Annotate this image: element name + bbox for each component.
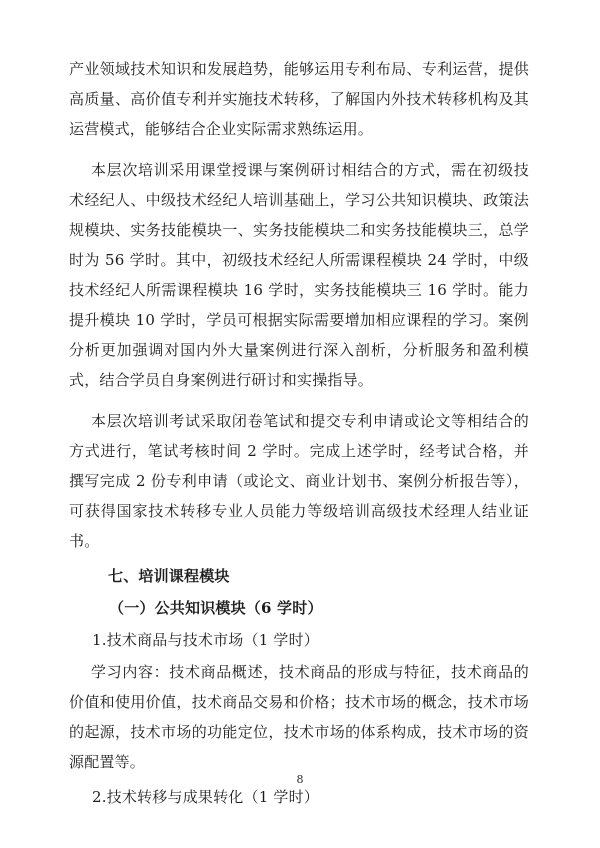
section-heading-training-modules: 七、培训课程模块 [69,561,529,591]
paragraph-training-method: 本层次培训采用课堂授课与案例研讨相结合的方式，需在初级技术经纪人、中级技术经纪人… [69,155,529,395]
page-number: 8 [0,773,600,787]
paragraph-continuation: 产业领域技术知识和发展趋势，能够运用专利布局、专利运营，提供高质量、高价值专利并… [69,54,529,144]
course1-title: 1.技术商品与技术市场（1 学时） [69,625,529,655]
paragraph-exam-requirements: 本层次培训考试采取闭卷笔试和提交专利申请或论文等相结合的方式进行，笔试考核时间 … [69,406,529,556]
subsection-heading-public-knowledge: （一）公共知识模块（6 学时） [69,593,529,623]
document-page: 产业领域技术知识和发展趋势，能够运用专利布局、专利运营，提供高质量、高价值专利并… [0,0,600,848]
course1-content: 学习内容：技术商品概述，技术商品的形成与特征，技术商品的价值和使用价值，技术商品… [69,657,529,777]
